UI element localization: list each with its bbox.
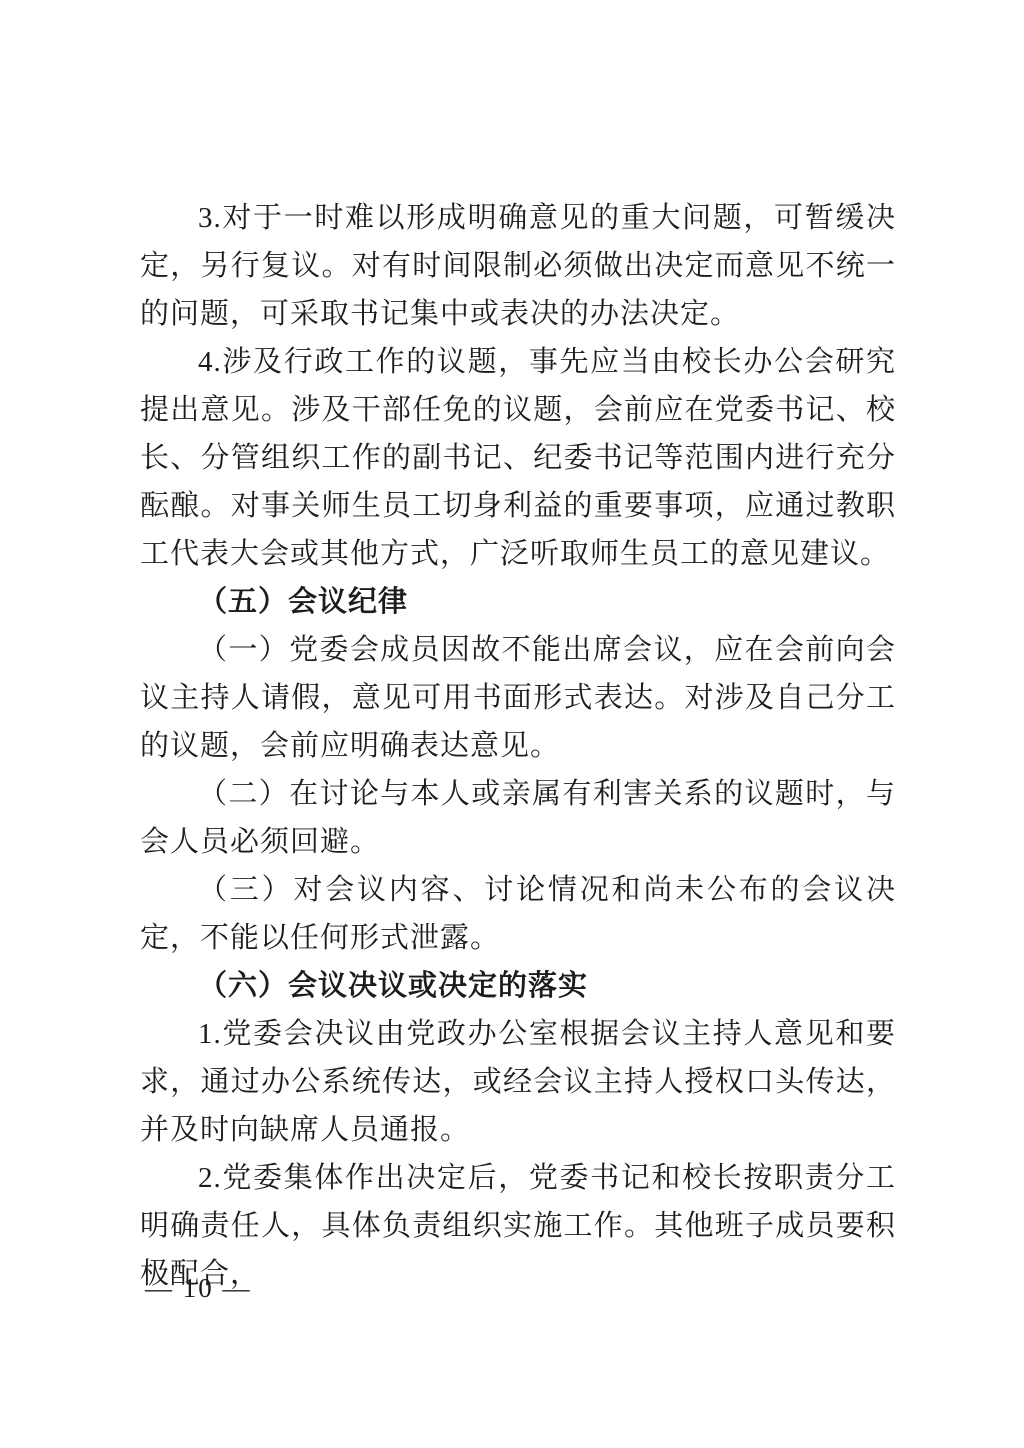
paragraph-item-4: 4.涉及行政工作的议题，事先应当由校长办公会研究提出意见。涉及干部任免的议题，会… <box>140 338 896 578</box>
paragraph-sub-2: （二）在讨论与本人或亲属有利害关系的议题时，与会人员必须回避。 <box>140 770 896 866</box>
document-body: 3.对于一时难以形成明确意见的重大问题，可暂缓决定，另行复议。对有时间限制必须做… <box>140 194 896 1298</box>
page-number: — 10 — <box>145 1272 252 1304</box>
paragraph-sub-1: （一）党委会成员因故不能出席会议，应在会前向会议主持人请假，意见可用书面形式表达… <box>140 626 896 770</box>
section-heading-6: （六）会议决议或决定的落实 <box>140 962 896 1010</box>
paragraph-item-2: 2.党委集体作出决定后，党委书记和校长按职责分工明确责任人，具体负责组织实施工作… <box>140 1154 896 1298</box>
section-heading-5: （五）会议纪律 <box>140 578 896 626</box>
document-page: 3.对于一时难以形成明确意见的重大问题，可暂缓决定，另行复议。对有时间限制必须做… <box>0 0 1024 1448</box>
paragraph-item-3: 3.对于一时难以形成明确意见的重大问题，可暂缓决定，另行复议。对有时间限制必须做… <box>140 194 896 338</box>
paragraph-item-1: 1.党委会决议由党政办公室根据会议主持人意见和要求，通过办公系统传达，或经会议主… <box>140 1010 896 1154</box>
paragraph-sub-3: （三）对会议内容、讨论情况和尚未公布的会议决定，不能以任何形式泄露。 <box>140 866 896 962</box>
